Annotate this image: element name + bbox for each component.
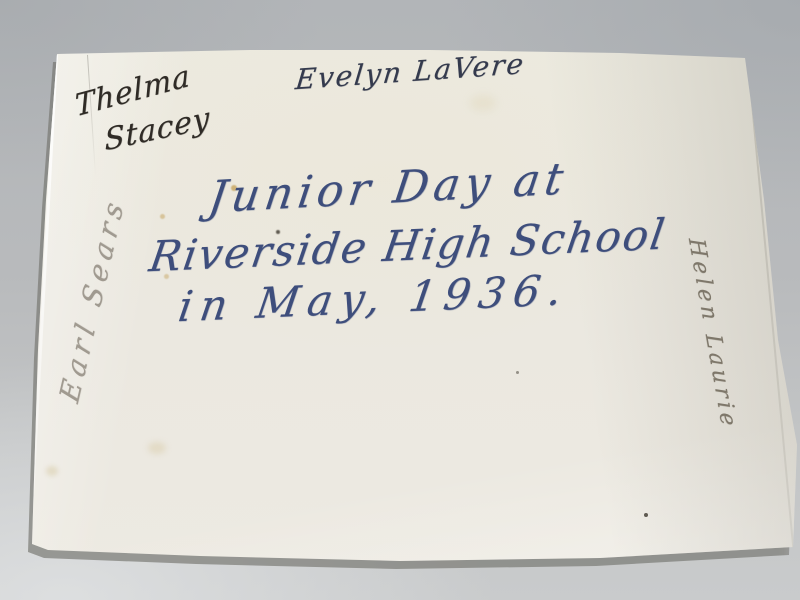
stain [148, 442, 166, 454]
card-edge-shade [747, 60, 794, 548]
photo-backdrop: Thelma Stacey Evelyn LaVere Junior Day a… [0, 0, 800, 600]
stain [470, 95, 496, 111]
stain [644, 513, 648, 517]
stain [46, 466, 58, 476]
stain [516, 371, 519, 374]
stain [160, 214, 165, 219]
